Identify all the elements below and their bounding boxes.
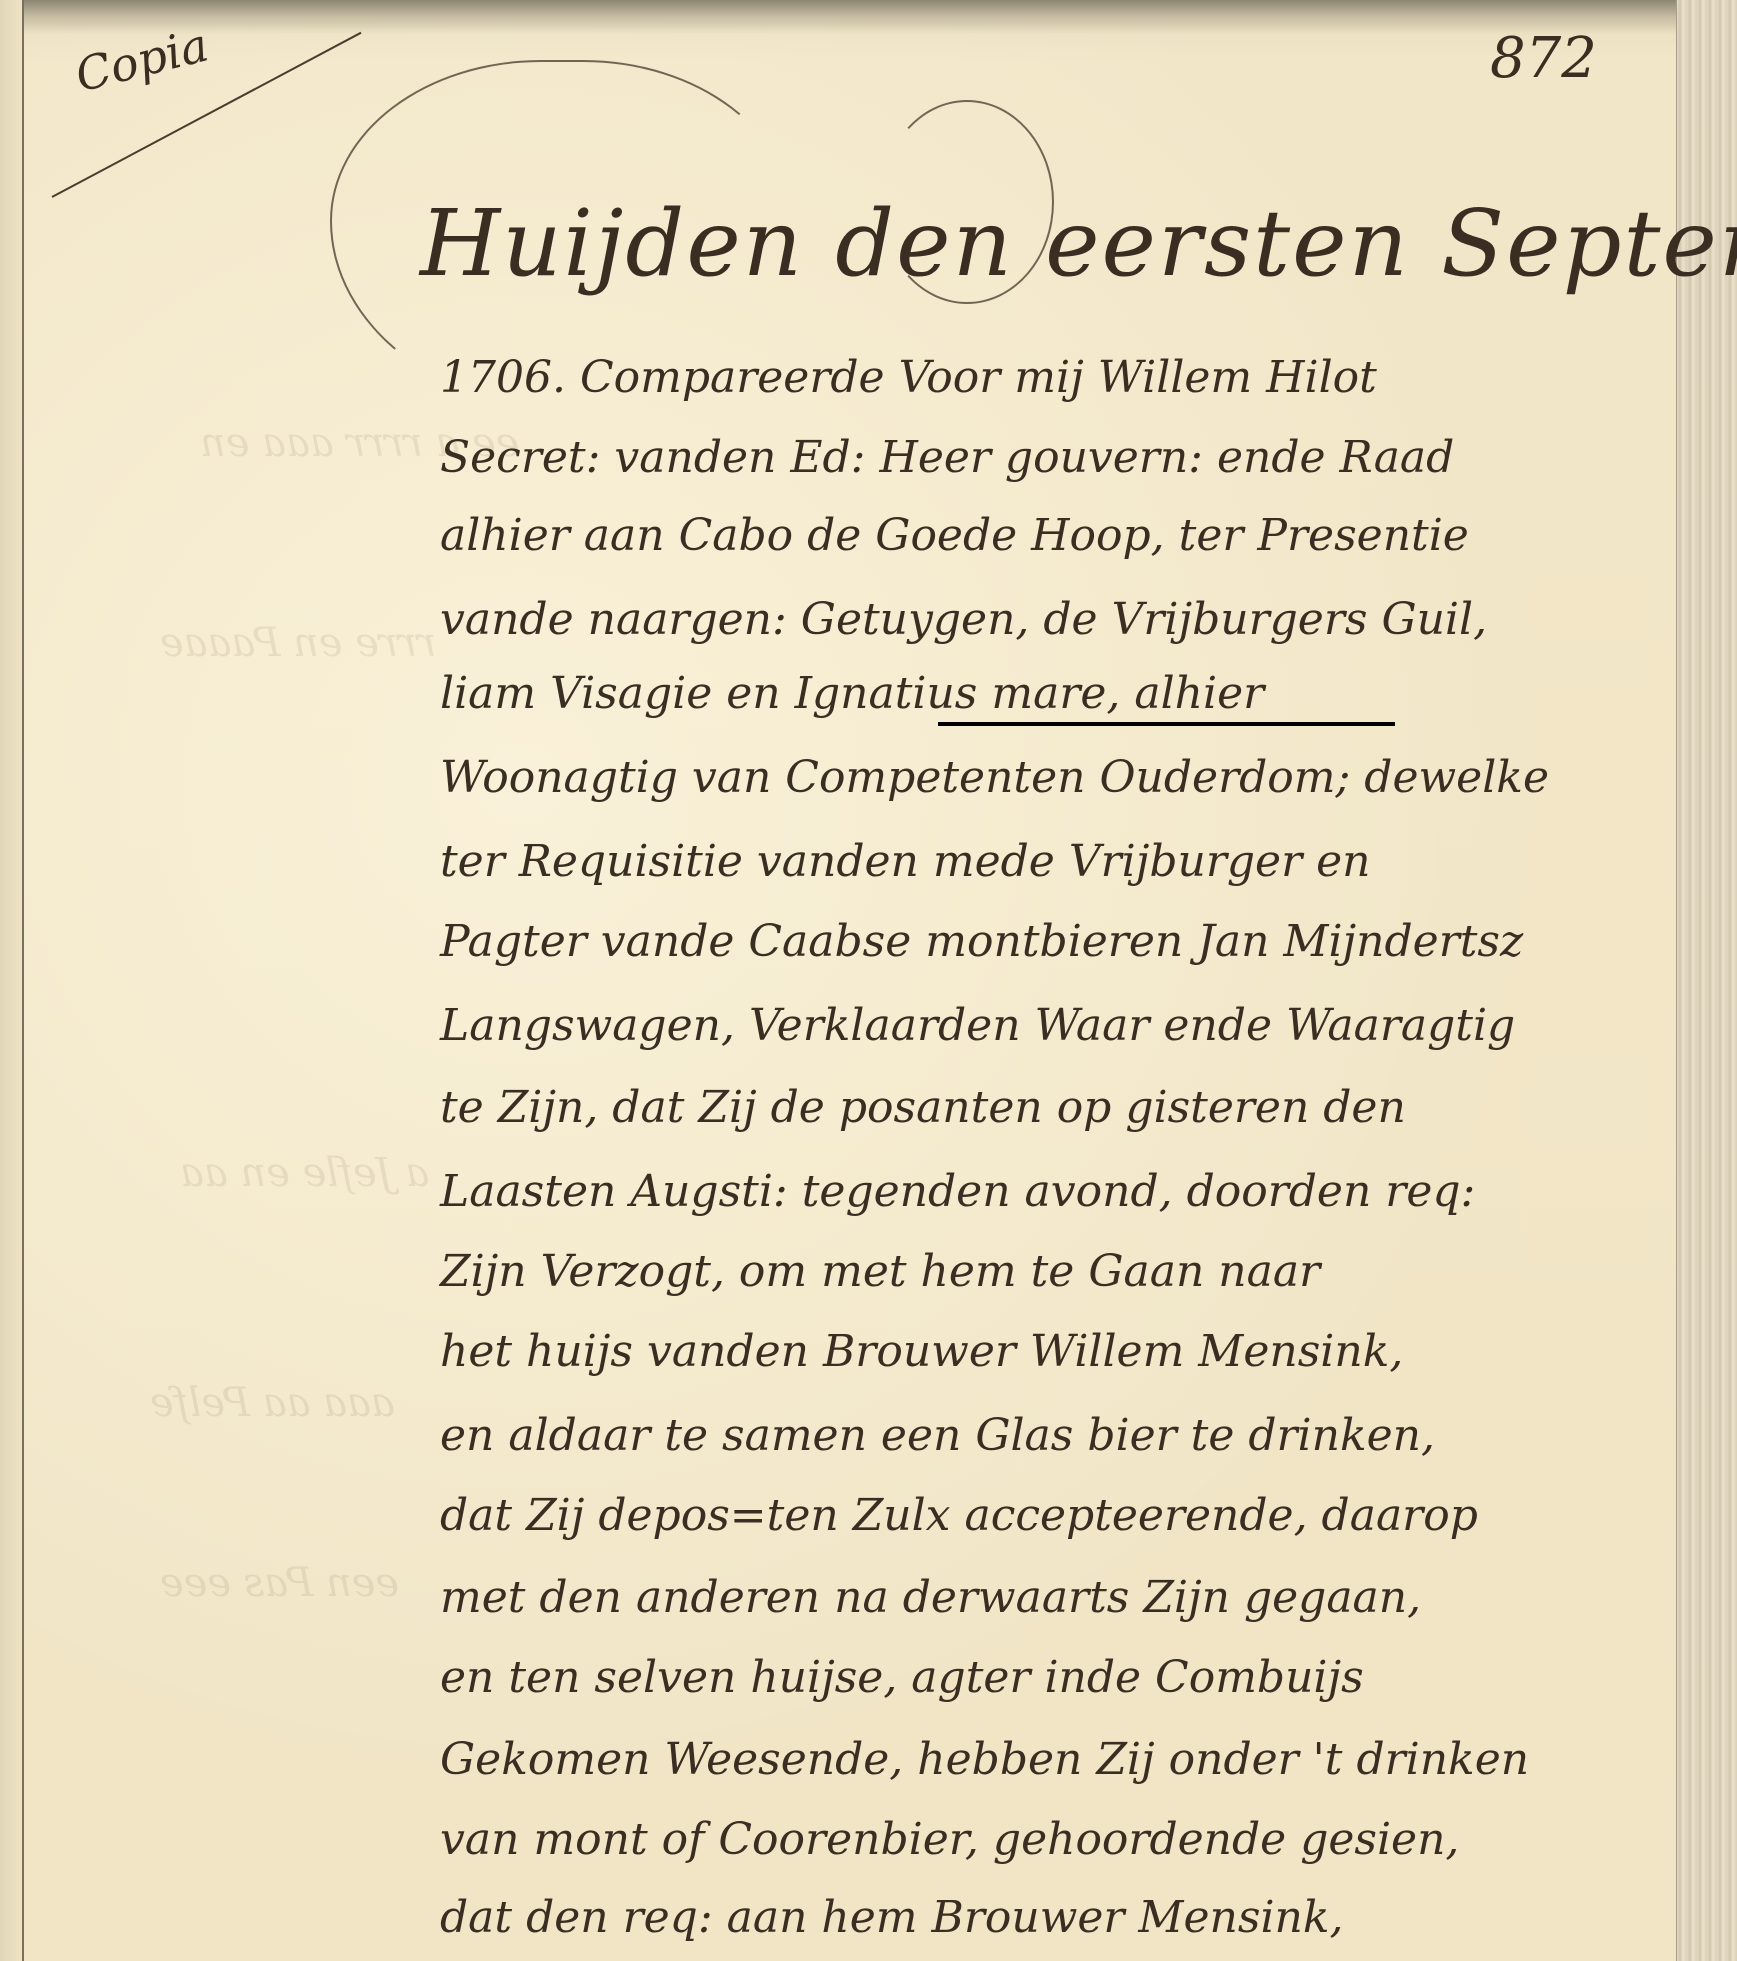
document-heading: Huijden den eersten Septemb: — [420, 190, 1737, 297]
bleed-through-text: a Jefle en aa — [180, 1150, 429, 1196]
text-line: Woonagtig van Competenten Ouderdom; dewe… — [440, 752, 1549, 803]
bleed-through-text: een Pas eee — [160, 1560, 399, 1606]
text-line: ter Requisitie vanden mede Vrijburger en — [440, 836, 1371, 887]
text-line: het huijs vanden Brouwer Willem Mensink, — [440, 1326, 1403, 1377]
text-line: liam Visagie en Ignatius mare, alhier — [440, 668, 1264, 719]
text-line: en aldaar te samen een Glas bier te drin… — [440, 1410, 1435, 1461]
manuscript-page: ee a rrrr aaa en rrre en Paaae a Jefle e… — [0, 0, 1737, 1961]
text-line: dat den req: aan hem Brouwer Mensink, — [440, 1892, 1344, 1943]
text-line: en ten selven huijse, agter inde Combuij… — [440, 1652, 1364, 1703]
text-line: alhier aan Cabo de Goede Hoop, ter Prese… — [440, 510, 1469, 561]
text-line: van mont of Coorenbier, gehoordende gesi… — [440, 1814, 1459, 1865]
text-line: dat Zij depos=ten Zulx accepteerende, da… — [440, 1490, 1478, 1541]
text-line: te Zijn, dat Zij de posanten op gisteren… — [440, 1082, 1406, 1133]
text-line: Gekomen Weesende, hebben Zij onder 't dr… — [440, 1734, 1529, 1785]
text-line: Pagter vande Caabse montbieren Jan Mijnd… — [440, 916, 1523, 967]
text-line: Langswagen, Verklaarden Waar ende Waarag… — [440, 1000, 1515, 1051]
redaction-underline — [938, 722, 1395, 726]
text-line: vande naargen: Getuygen, de Vrijburgers … — [440, 594, 1487, 645]
bleed-through-text: rrre en Paaae — [160, 620, 436, 666]
binding-edge — [0, 0, 24, 1961]
text-line: met den anderen na derwaarts Zijn gegaan… — [440, 1572, 1421, 1623]
text-line: 1706. Compareerde Voor mij Willem Hilot — [440, 352, 1377, 403]
text-line: Secret: vanden Ed: Heer gouvern: ende Ra… — [440, 432, 1454, 483]
bleed-through-text: aaa aa Pelfe — [150, 1380, 395, 1426]
page-top-shadow — [0, 0, 1737, 34]
text-line: Laasten Augsti: tegenden avond, doorden … — [440, 1166, 1475, 1217]
text-line: Zijn Verzogt, om met hem te Gaan naar — [440, 1246, 1320, 1297]
folio-number: 872 — [1490, 26, 1597, 91]
